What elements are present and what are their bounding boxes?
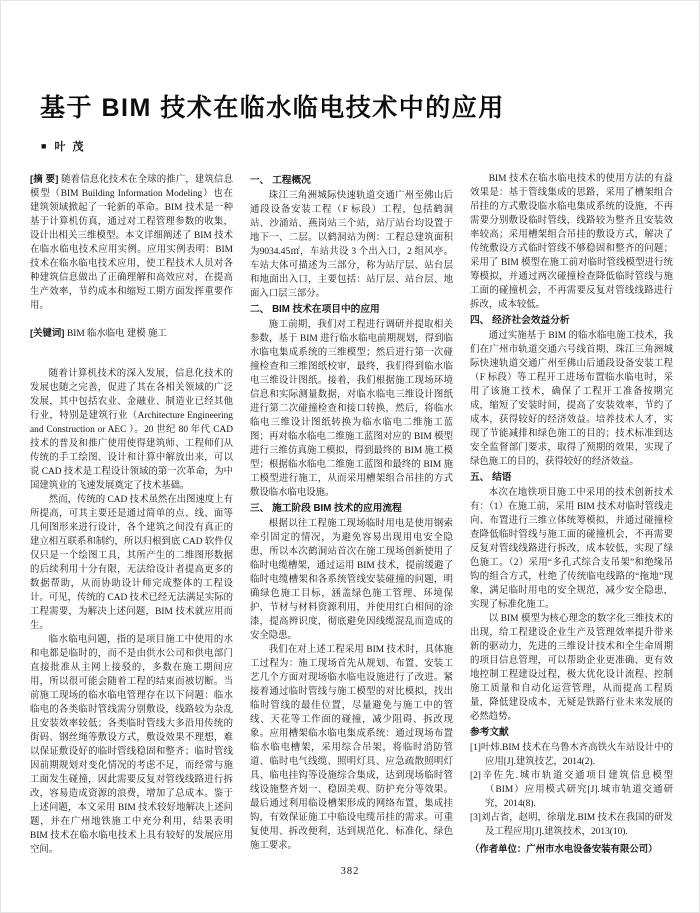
column-right: BIM 技术在临水临电技术的使用方法的有益效果是：基于管线集成的思路，采用了槽架… [470, 172, 673, 857]
paper-page: 基于 BIM 技术在临水临电技术中的应用 ■ 叶 茂 [摘 要] 随着信息化技术… [0, 0, 700, 913]
references-heading: 参考文献 [470, 726, 673, 740]
abstract-label: [摘 要] [30, 173, 61, 184]
intro-paragraph-2: 然而，传统的 CAD 技术虽然在出图速度上有所提高，可其主要还是通过简单的点、线… [30, 493, 233, 633]
author-bullet-icon: ■ [41, 142, 48, 151]
author-affiliation: （作者单位：广州市水电设备安装有限公司） [470, 842, 673, 856]
section-4-paragraph: 通过实施基于 BIM 的临水临电施工技术，我们在广州市轨道交通六号线首期、珠江三… [470, 329, 673, 469]
intro-paragraph-1: 随着计算机技术的深入发展，信息化技术的发展也随之完善，促进了其在各相关领域的广泛… [30, 367, 233, 493]
keywords: [关键词] BIM 临水临电 建模 施工 [30, 326, 233, 341]
abstract: [摘 要] 随着信息化技术在全球的推广，建筑信息模型（BIM Building … [30, 172, 233, 313]
author-line: ■ 叶 茂 [41, 138, 86, 154]
section-2-paragraph: 施工前期，我们对工程进行调研并提取相关参数，基于 BIM 进行临水临电前期规划，… [250, 318, 453, 500]
section-3-paragraph-3: BIM 技术在临水临电技术的使用方法的有益效果是：基于管线集成的思路，采用了槽架… [470, 172, 673, 312]
section-1-heading: 一、 工程概况 [250, 174, 453, 188]
section-3-paragraph-2: 我们在对上述工程采用 BIM 技术时，具体施工过程为：施工现场首先从规划、布置、… [250, 643, 453, 853]
section-4-heading: 四、 经济社会效益分析 [470, 314, 673, 328]
section-2-heading: 二、 BIM 技术在项目中的应用 [250, 303, 453, 317]
section-1-paragraph: 珠江三角洲城际快速轨道交通广州至佛山后通段设备安装工程（F 标段）工程，包括鹤洞… [250, 189, 453, 301]
page-title: 基于 BIM 技术在临水临电技术中的应用 [40, 88, 505, 124]
section-5-heading: 五、 结语 [470, 471, 673, 485]
reference-item-2: [2]辛佐先.城市轨道交通项目建筑信息模型（BIM）应用模式研究[J].城市轨道… [470, 769, 673, 811]
section-5-paragraph-1: 本次在地铁项目施工中采用的技术创新技术有：（1）在施工前，采用 BIM 技术对临… [470, 486, 673, 612]
page-number: 382 [0, 866, 700, 877]
column-middle: 一、 工程概况 珠江三角洲城际快速轨道交通广州至佛山后通段设备安装工程（F 标段… [250, 172, 453, 857]
reference-item-1: [1]叶炜.BIM 技术在乌鲁木齐高铁火车站设计中的应用[J].建筑技艺，201… [470, 741, 673, 769]
author-name: 叶 茂 [54, 138, 85, 154]
intro-paragraph-3: 临水临电问题，指的是项目施工中使用的水和电都是临时的，而不是由供水公司和供电部门… [30, 633, 233, 857]
section-3-heading: 三、 施工阶段 BIM 技术的应用流程 [250, 502, 453, 516]
section-5-paragraph-2: 以 BIM 模型为核心理念的数字化三维技术的出现，给工程建设企业生产及管理效率提… [470, 612, 673, 724]
column-left: [摘 要] 随着信息化技术在全球的推广，建筑信息模型（BIM Building … [30, 172, 233, 857]
article-columns: [摘 要] 随着信息化技术在全球的推广，建筑信息模型（BIM Building … [30, 172, 675, 857]
keywords-text: BIM 临水临电 建模 施工 [67, 329, 167, 339]
abstract-text: 随着信息化技术在全球的推广，建筑信息模型（BIM Building Inform… [30, 175, 233, 311]
keywords-label: [关键词] [30, 327, 67, 338]
section-3-paragraph-1: 根据以往工程施工现场临时用电是使用钢索牵引固定的情况，为避免容易出现用电安全隐患… [250, 517, 453, 643]
reference-item-3: [3]刘占省，赵明，徐瑞龙.BIM 技术在我国的研发及工程应用[J].建筑技术，… [470, 811, 673, 839]
